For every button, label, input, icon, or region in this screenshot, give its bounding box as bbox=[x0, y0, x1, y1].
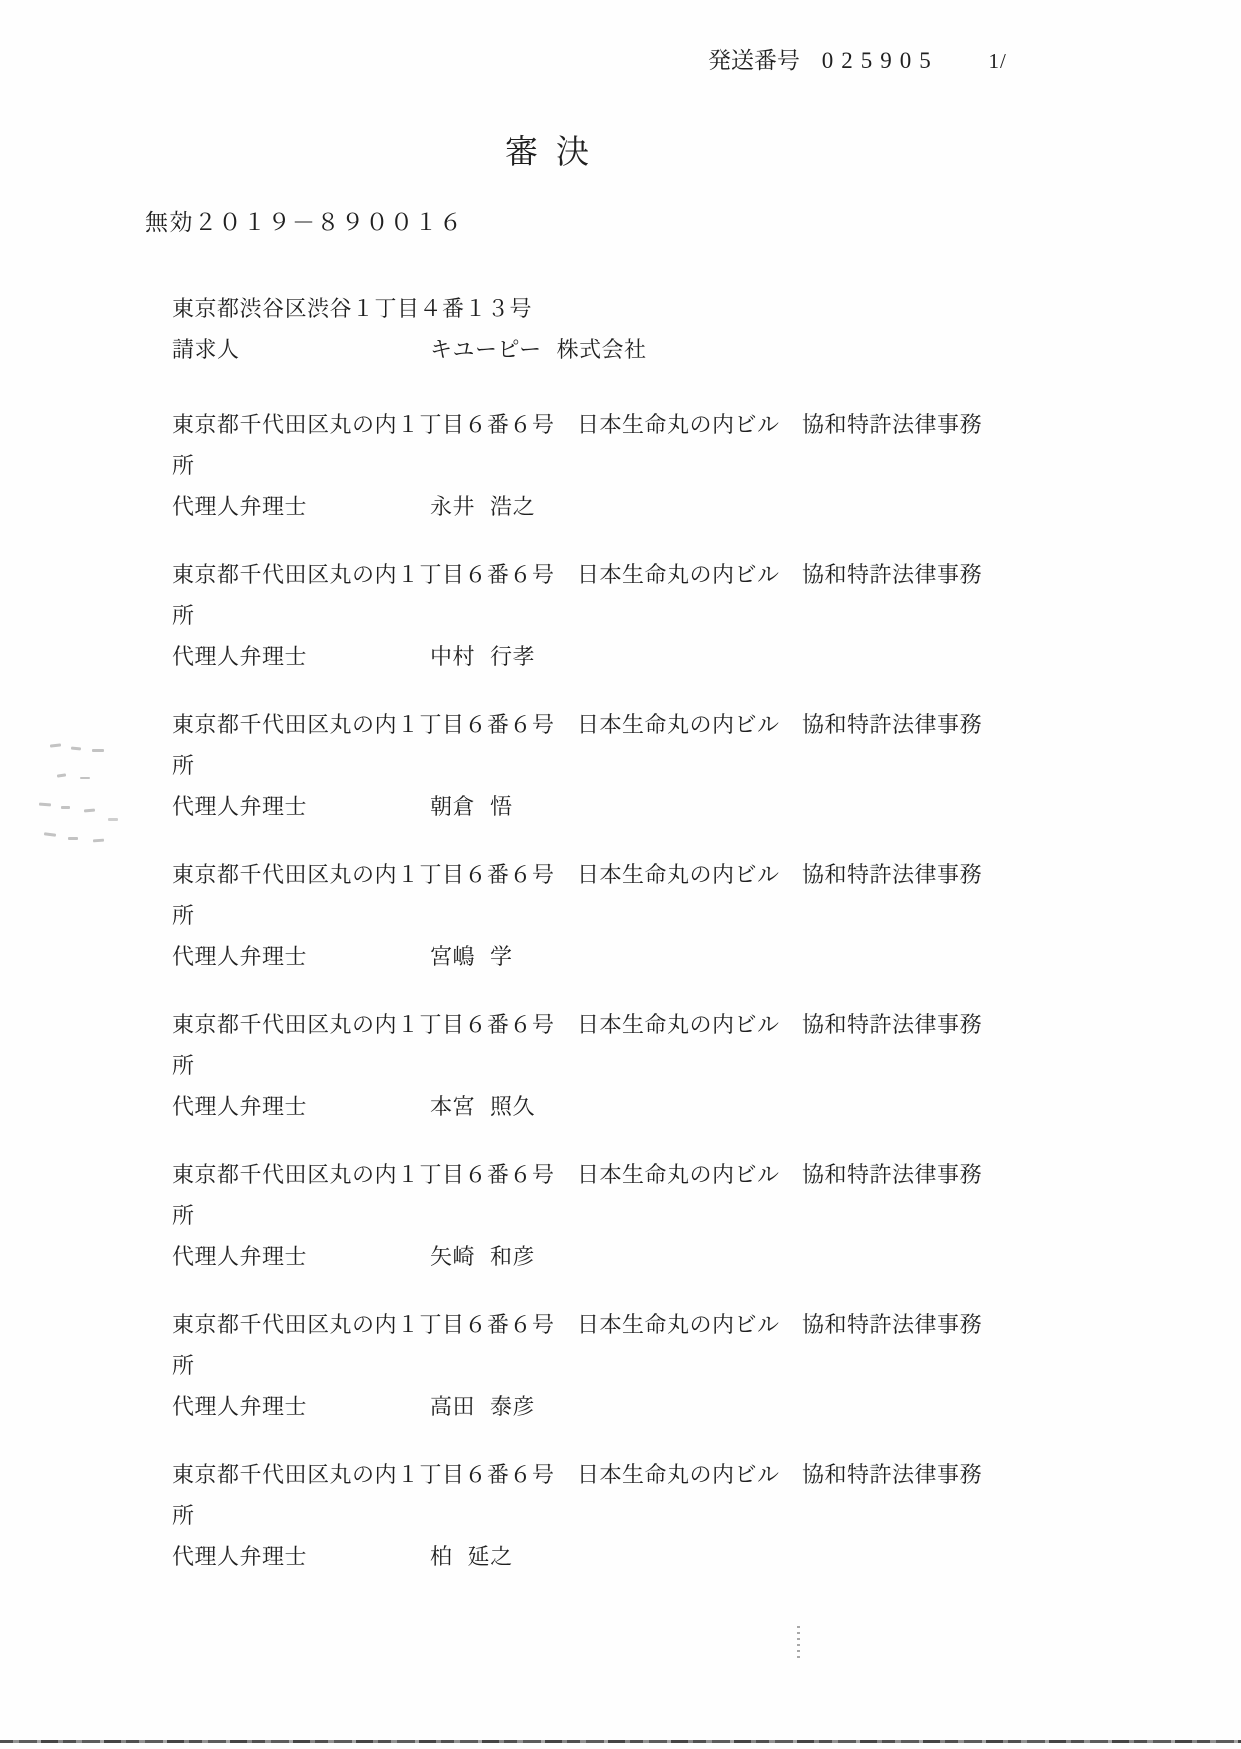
agent-block: 東京都千代田区丸の内１丁目６番６号 日本生命丸の内ビル 協和特許法律事務 所 代… bbox=[172, 1304, 1172, 1454]
scanned-decision-document: 発送番号 025905 1/ 審決 無効２０１９－８９００１６ 東京都渋谷区渋谷… bbox=[0, 0, 1241, 1749]
agent-address-line1: 東京都千代田区丸の内１丁目６番６号 日本生命丸の内ビル 協和特許法律事務 bbox=[172, 1154, 1172, 1195]
scan-dotted-line-artifact bbox=[797, 1626, 800, 1658]
agent-address-line1: 東京都千代田区丸の内１丁目６番６号 日本生命丸の内ビル 協和特許法律事務 bbox=[172, 1304, 1172, 1345]
agent-address-line1: 東京都千代田区丸の内１丁目６番６号 日本生命丸の内ビル 協和特許法律事務 bbox=[172, 404, 1172, 445]
agent-block: 東京都千代田区丸の内１丁目６番６号 日本生命丸の内ビル 協和特許法律事務 所 代… bbox=[172, 404, 1172, 554]
agent-name: 本宮 照久 bbox=[430, 1086, 535, 1127]
agent-name: 高田 泰彦 bbox=[430, 1386, 535, 1427]
document-title: 審決 bbox=[505, 126, 607, 173]
claimant-block: 東京都渋谷区渋谷１丁目４番１３号 請求人 キユーピー 株式会社 bbox=[172, 288, 1072, 370]
agent-address-line1: 東京都千代田区丸の内１丁目６番６号 日本生命丸の内ビル 協和特許法律事務 bbox=[172, 704, 1172, 745]
agent-role-label: 代理人弁理士 bbox=[172, 794, 307, 819]
claimant-role-label: 請求人 bbox=[172, 337, 240, 362]
agent-address-line2: 所 bbox=[172, 1195, 1172, 1236]
agent-name: 宮嶋 学 bbox=[430, 936, 513, 977]
agent-address-line2: 所 bbox=[172, 1045, 1172, 1086]
agent-role-label: 代理人弁理士 bbox=[172, 1244, 307, 1269]
scan-bottom-edge-artifact bbox=[0, 1740, 1241, 1743]
agent-address-line1: 東京都千代田区丸の内１丁目６番６号 日本生命丸の内ビル 協和特許法律事務 bbox=[172, 1004, 1172, 1045]
agent-address-line1: 東京都千代田区丸の内１丁目６番６号 日本生命丸の内ビル 協和特許法律事務 bbox=[172, 554, 1172, 595]
agent-block: 東京都千代田区丸の内１丁目６番６号 日本生命丸の内ビル 協和特許法律事務 所 代… bbox=[172, 854, 1172, 1004]
agent-address-line2: 所 bbox=[172, 445, 1172, 486]
dispatch-number: 025905 bbox=[822, 48, 939, 73]
agent-name: 中村 行孝 bbox=[430, 636, 535, 677]
agent-name: 朝倉 悟 bbox=[430, 786, 513, 827]
dispatch-page-indicator: 1/ bbox=[989, 49, 1007, 73]
agent-block: 東京都千代田区丸の内１丁目６番６号 日本生命丸の内ビル 協和特許法律事務 所 代… bbox=[172, 704, 1172, 854]
agent-role-label: 代理人弁理士 bbox=[172, 944, 307, 969]
agent-address-line2: 所 bbox=[172, 895, 1172, 936]
agent-block: 東京都千代田区丸の内１丁目６番６号 日本生命丸の内ビル 協和特許法律事務 所 代… bbox=[172, 1154, 1172, 1304]
agent-name: 矢崎 和彦 bbox=[430, 1236, 535, 1277]
agent-name: 柏 延之 bbox=[430, 1536, 513, 1577]
agent-role-label: 代理人弁理士 bbox=[172, 1544, 307, 1569]
agent-address-line2: 所 bbox=[172, 595, 1172, 636]
claimant-address: 東京都渋谷区渋谷１丁目４番１３号 bbox=[172, 288, 1072, 329]
agent-role-label: 代理人弁理士 bbox=[172, 1394, 307, 1419]
case-number: 無効２０１９－８９００１６ bbox=[145, 204, 464, 237]
agent-block: 東京都千代田区丸の内１丁目６番６号 日本生命丸の内ビル 協和特許法律事務 所 代… bbox=[172, 554, 1172, 704]
agent-block: 東京都千代田区丸の内１丁目６番６号 日本生命丸の内ビル 協和特許法律事務 所 代… bbox=[172, 1004, 1172, 1154]
agent-address-line1: 東京都千代田区丸の内１丁目６番６号 日本生命丸の内ビル 協和特許法律事務 bbox=[172, 854, 1172, 895]
agent-block: 東京都千代田区丸の内１丁目６番６号 日本生命丸の内ビル 協和特許法律事務 所 代… bbox=[172, 1454, 1172, 1604]
agent-name: 永井 浩之 bbox=[430, 486, 535, 527]
dispatch-header: 発送番号 025905 1/ bbox=[708, 42, 1007, 75]
dispatch-label: 発送番号 bbox=[708, 48, 800, 73]
agent-address-line2: 所 bbox=[172, 1495, 1172, 1536]
claimant-name: キユーピー 株式会社 bbox=[430, 329, 647, 370]
agent-blocks: 東京都千代田区丸の内１丁目６番６号 日本生命丸の内ビル 協和特許法律事務 所 代… bbox=[172, 404, 1172, 1604]
agent-role-label: 代理人弁理士 bbox=[172, 644, 307, 669]
agent-role-label: 代理人弁理士 bbox=[172, 1094, 307, 1119]
agent-role-label: 代理人弁理士 bbox=[172, 494, 307, 519]
agent-address-line2: 所 bbox=[172, 1345, 1172, 1386]
agent-address-line1: 東京都千代田区丸の内１丁目６番６号 日本生命丸の内ビル 協和特許法律事務 bbox=[172, 1454, 1172, 1495]
agent-address-line2: 所 bbox=[172, 745, 1172, 786]
